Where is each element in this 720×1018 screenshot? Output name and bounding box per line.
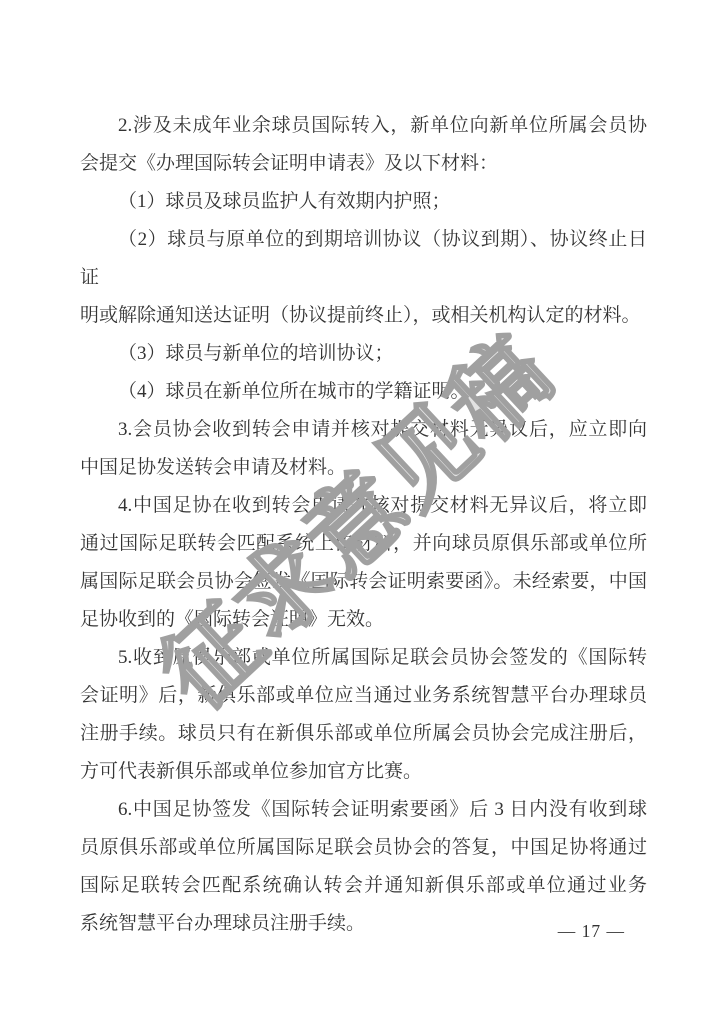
text-line: 属国际足联会员协会签发《国际转会证明索要函》。未经索要，中国 (80, 563, 647, 601)
paragraph: 5.收到原俱乐部或单位所属国际足联会员协会签发的《国际转会证明》后，新俱乐部或单… (80, 639, 647, 791)
paragraph: 4.中国足协在收到转会申请并核对提交材料无异议后，将立即通过国际足联转会匹配系统… (80, 487, 647, 639)
text-line: 4.中国足协在收到转会申请并核对提交材料无异议后，将立即 (80, 487, 647, 525)
text-line: 6.中国足协签发《国际转会证明索要函》后 3 日内没有收到球 (80, 791, 647, 829)
text-line: 注册手续。球员只有在新俱乐部或单位所属会员协会完成注册后， (80, 715, 647, 753)
text-line: 明或解除通知送达证明（协议提前终止），或相关机构认定的材料。 (80, 297, 647, 335)
text-line: （4）球员在新单位所在城市的学籍证明。 (80, 373, 647, 411)
text-line: 会证明》后，新俱乐部或单位应当通过业务系统智慧平台办理球员 (80, 677, 647, 715)
text-line: 会提交《办理国际转会证明申请表》及以下材料： (80, 145, 647, 183)
text-line: 足协收到的《国际转会证明》无效。 (80, 601, 647, 639)
paragraph: （3）球员与新单位的培训协议； (80, 335, 647, 373)
text-line: 方可代表新俱乐部或单位参加官方比赛。 (80, 753, 647, 791)
paragraph: （4）球员在新单位所在城市的学籍证明。 (80, 373, 647, 411)
text-line: 2.涉及未成年业余球员国际转入，新单位向新单位所属会员协 (80, 107, 647, 145)
paragraph: 2.涉及未成年业余球员国际转入，新单位向新单位所属会员协会提交《办理国际转会证明… (80, 107, 647, 183)
document-body: 2.涉及未成年业余球员国际转入，新单位向新单位所属会员协会提交《办理国际转会证明… (80, 107, 647, 943)
text-line: 员原俱乐部或单位所属国际足联会员协会的答复，中国足协将通过 (80, 829, 647, 867)
text-line: 国际足联转会匹配系统确认转会并通知新俱乐部或单位通过业务 (80, 867, 647, 905)
paragraph: （1）球员及球员监护人有效期内护照； (80, 183, 647, 221)
page-number: — 17 — (558, 921, 625, 941)
text-line: （2）球员与原单位的到期培训协议（协议到期）、协议终止日证 (80, 221, 647, 297)
text-line: （3）球员与新单位的培训协议； (80, 335, 647, 373)
paragraph: 3.会员协会收到转会申请并核对提交材料无异议后，应立即向中国足协发送转会申请及材… (80, 411, 647, 487)
text-line: 5.收到原俱乐部或单位所属国际足联会员协会签发的《国际转 (80, 639, 647, 677)
text-line: （1）球员及球员监护人有效期内护照； (80, 183, 647, 221)
text-line: 通过国际足联转会匹配系统上传材料，并向球员原俱乐部或单位所 (80, 525, 647, 563)
text-line: 中国足协发送转会申请及材料。 (80, 449, 647, 487)
paragraph: （2）球员与原单位的到期培训协议（协议到期）、协议终止日证明或解除通知送达证明（… (80, 221, 647, 335)
document-page: 征求意见稿 2.涉及未成年业余球员国际转入，新单位向新单位所属会员协会提交《办理… (0, 0, 720, 1018)
text-line: 3.会员协会收到转会申请并核对提交材料无异议后，应立即向 (80, 411, 647, 449)
